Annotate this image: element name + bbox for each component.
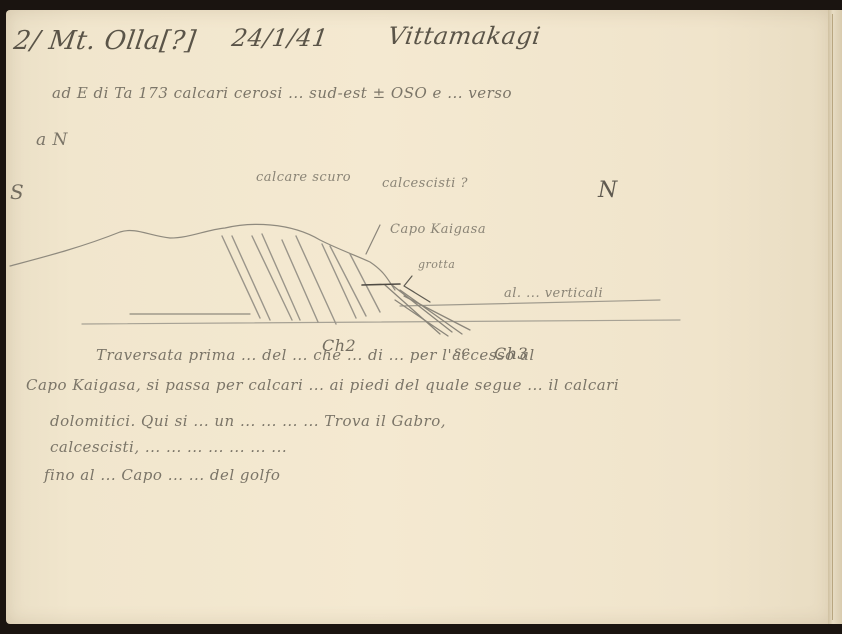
geological-sketch: [0, 0, 842, 634]
body-line-5: fino al ... Capo ... ... del golfo: [44, 466, 280, 484]
orientation-south: S: [10, 180, 24, 204]
label-water: al. ... verticali: [504, 286, 603, 301]
body-line-3: dolomitici. Qui si ... un ... ... ... ..…: [50, 412, 446, 430]
hill-profile: [10, 224, 395, 290]
label-calcare: calcare scuro: [256, 170, 351, 185]
body-line-1: Traversata prima ... del ... che ... di …: [96, 346, 535, 364]
label-capo: Capo Kaigasa: [390, 222, 486, 237]
label-grotta: grotta: [418, 258, 455, 271]
orientation-north: N: [598, 178, 618, 203]
body-line-4: calcescisti, ... ... ... ... ... ... ...: [50, 438, 287, 456]
body-line-2: Capo Kaigasa, si passa per calcari ... a…: [26, 376, 619, 394]
label-calcescisti: calcescisti ?: [382, 176, 468, 191]
